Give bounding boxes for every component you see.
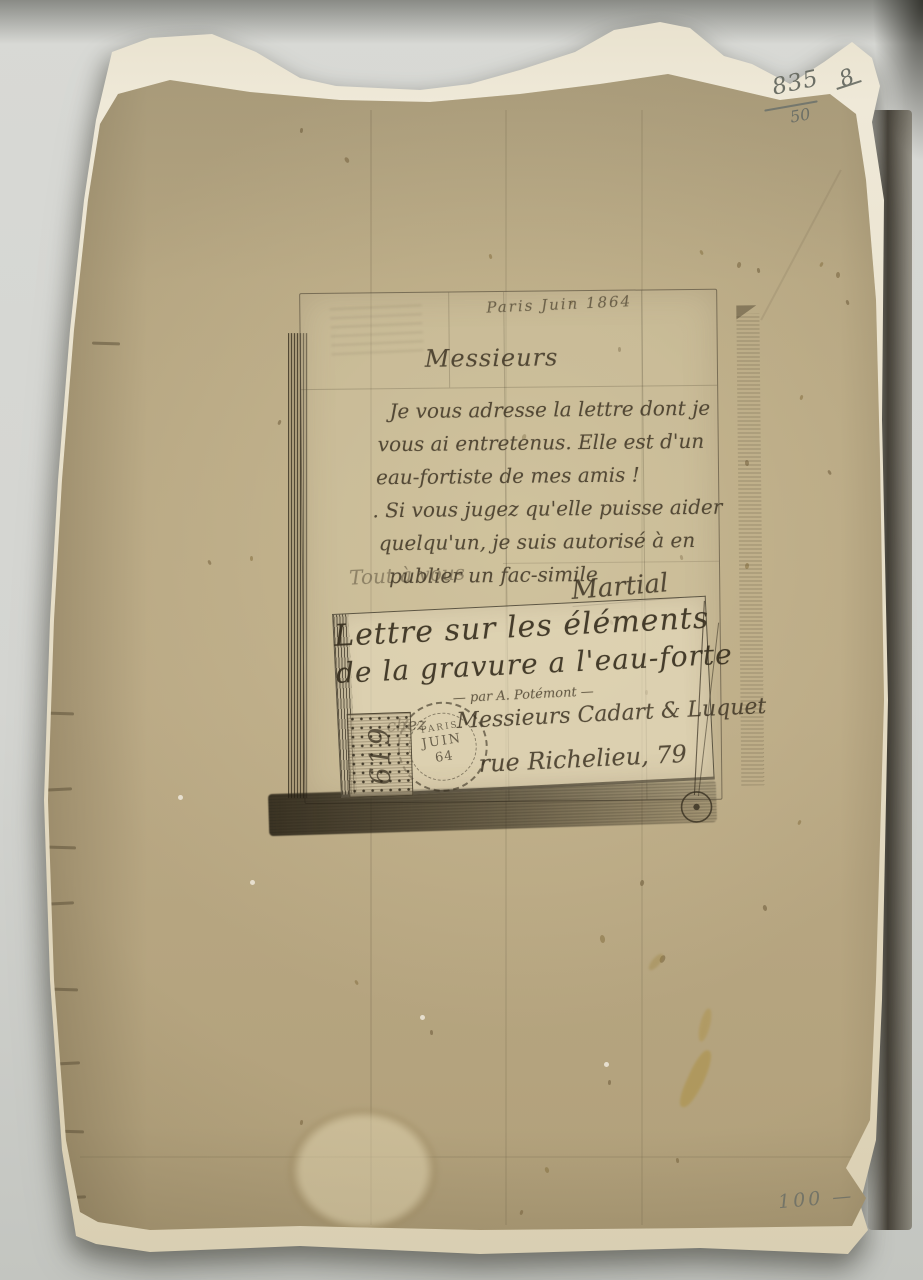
faint-letterhead (329, 297, 423, 355)
paper-speck (884, 1046, 889, 1051)
drip-stain (696, 1007, 714, 1042)
crease-line (80, 1156, 860, 1158)
letter-body-line: vous ai entretenus. Elle est d'un (372, 425, 712, 462)
letter-body-line: eau-fortiste de mes amis ! (372, 458, 712, 495)
foxing-spot (762, 905, 767, 912)
paper-speck (178, 795, 183, 800)
postmark-inner-ring (404, 708, 482, 786)
paper-speck (420, 1015, 425, 1020)
foxing-spot (207, 560, 212, 566)
foxing-spot (797, 820, 802, 826)
trompe-loeil-etching: Paris Juin 1864 Messieurs Je vous adress… (257, 273, 743, 858)
foxing-spot (519, 1210, 523, 1215)
paper-speck (250, 880, 255, 885)
folded-corner (736, 305, 756, 319)
foxing-spot (827, 470, 832, 476)
foxing-spot (658, 954, 666, 963)
stamp-cancellation-number: 619 (363, 725, 398, 785)
foxing-spot (488, 254, 492, 259)
foxing-spot (300, 1120, 304, 1125)
photograph-of-portfolio-cover: Paris Juin 1864 Messieurs Je vous adress… (0, 0, 923, 1280)
foxing-spot (736, 262, 741, 269)
foxing-spot (819, 262, 824, 268)
letter-salutation: Messieurs (425, 343, 559, 372)
fold-line (448, 293, 450, 388)
letter-body-line: Je vous adresse la lettre dont je (371, 392, 711, 429)
foxing-spot (354, 980, 359, 986)
foxing-spot (676, 1158, 680, 1163)
letter-dateline: Paris Juin 1864 (486, 292, 633, 317)
foxing-spot (699, 250, 704, 256)
foxing-spot (250, 556, 253, 561)
pencil-number-denominator: 50 (789, 104, 812, 126)
foxing-spot (799, 395, 803, 400)
letter-body-line: . Si vous jugez qu'elle puisse aider (372, 491, 712, 528)
foxing-spot (608, 1080, 611, 1085)
foxing-spot (757, 268, 761, 273)
foxing-spot (845, 300, 849, 306)
drip-stain (676, 1047, 716, 1110)
foxing-spot (836, 272, 840, 279)
stitch-tear (92, 342, 120, 346)
letter-body-line: quelqu'un, je suis autorisé à en (373, 524, 713, 561)
foxing-spot (639, 880, 644, 887)
foxing-spot (430, 1030, 433, 1035)
water-stain (288, 1108, 438, 1233)
foxing-spot (300, 128, 304, 133)
foxing-spot (544, 1167, 550, 1174)
crease-line (760, 169, 842, 320)
postage-stamp: 619 (347, 712, 414, 798)
stitch-tear (48, 846, 76, 850)
foxing-spot (344, 156, 351, 164)
pin-ring-and-string (652, 594, 744, 827)
stitch-tear (56, 1130, 84, 1134)
fold-line (301, 385, 717, 390)
drip-stain (647, 952, 666, 972)
foxing-spot (599, 935, 605, 944)
paper-speck (604, 1062, 609, 1067)
